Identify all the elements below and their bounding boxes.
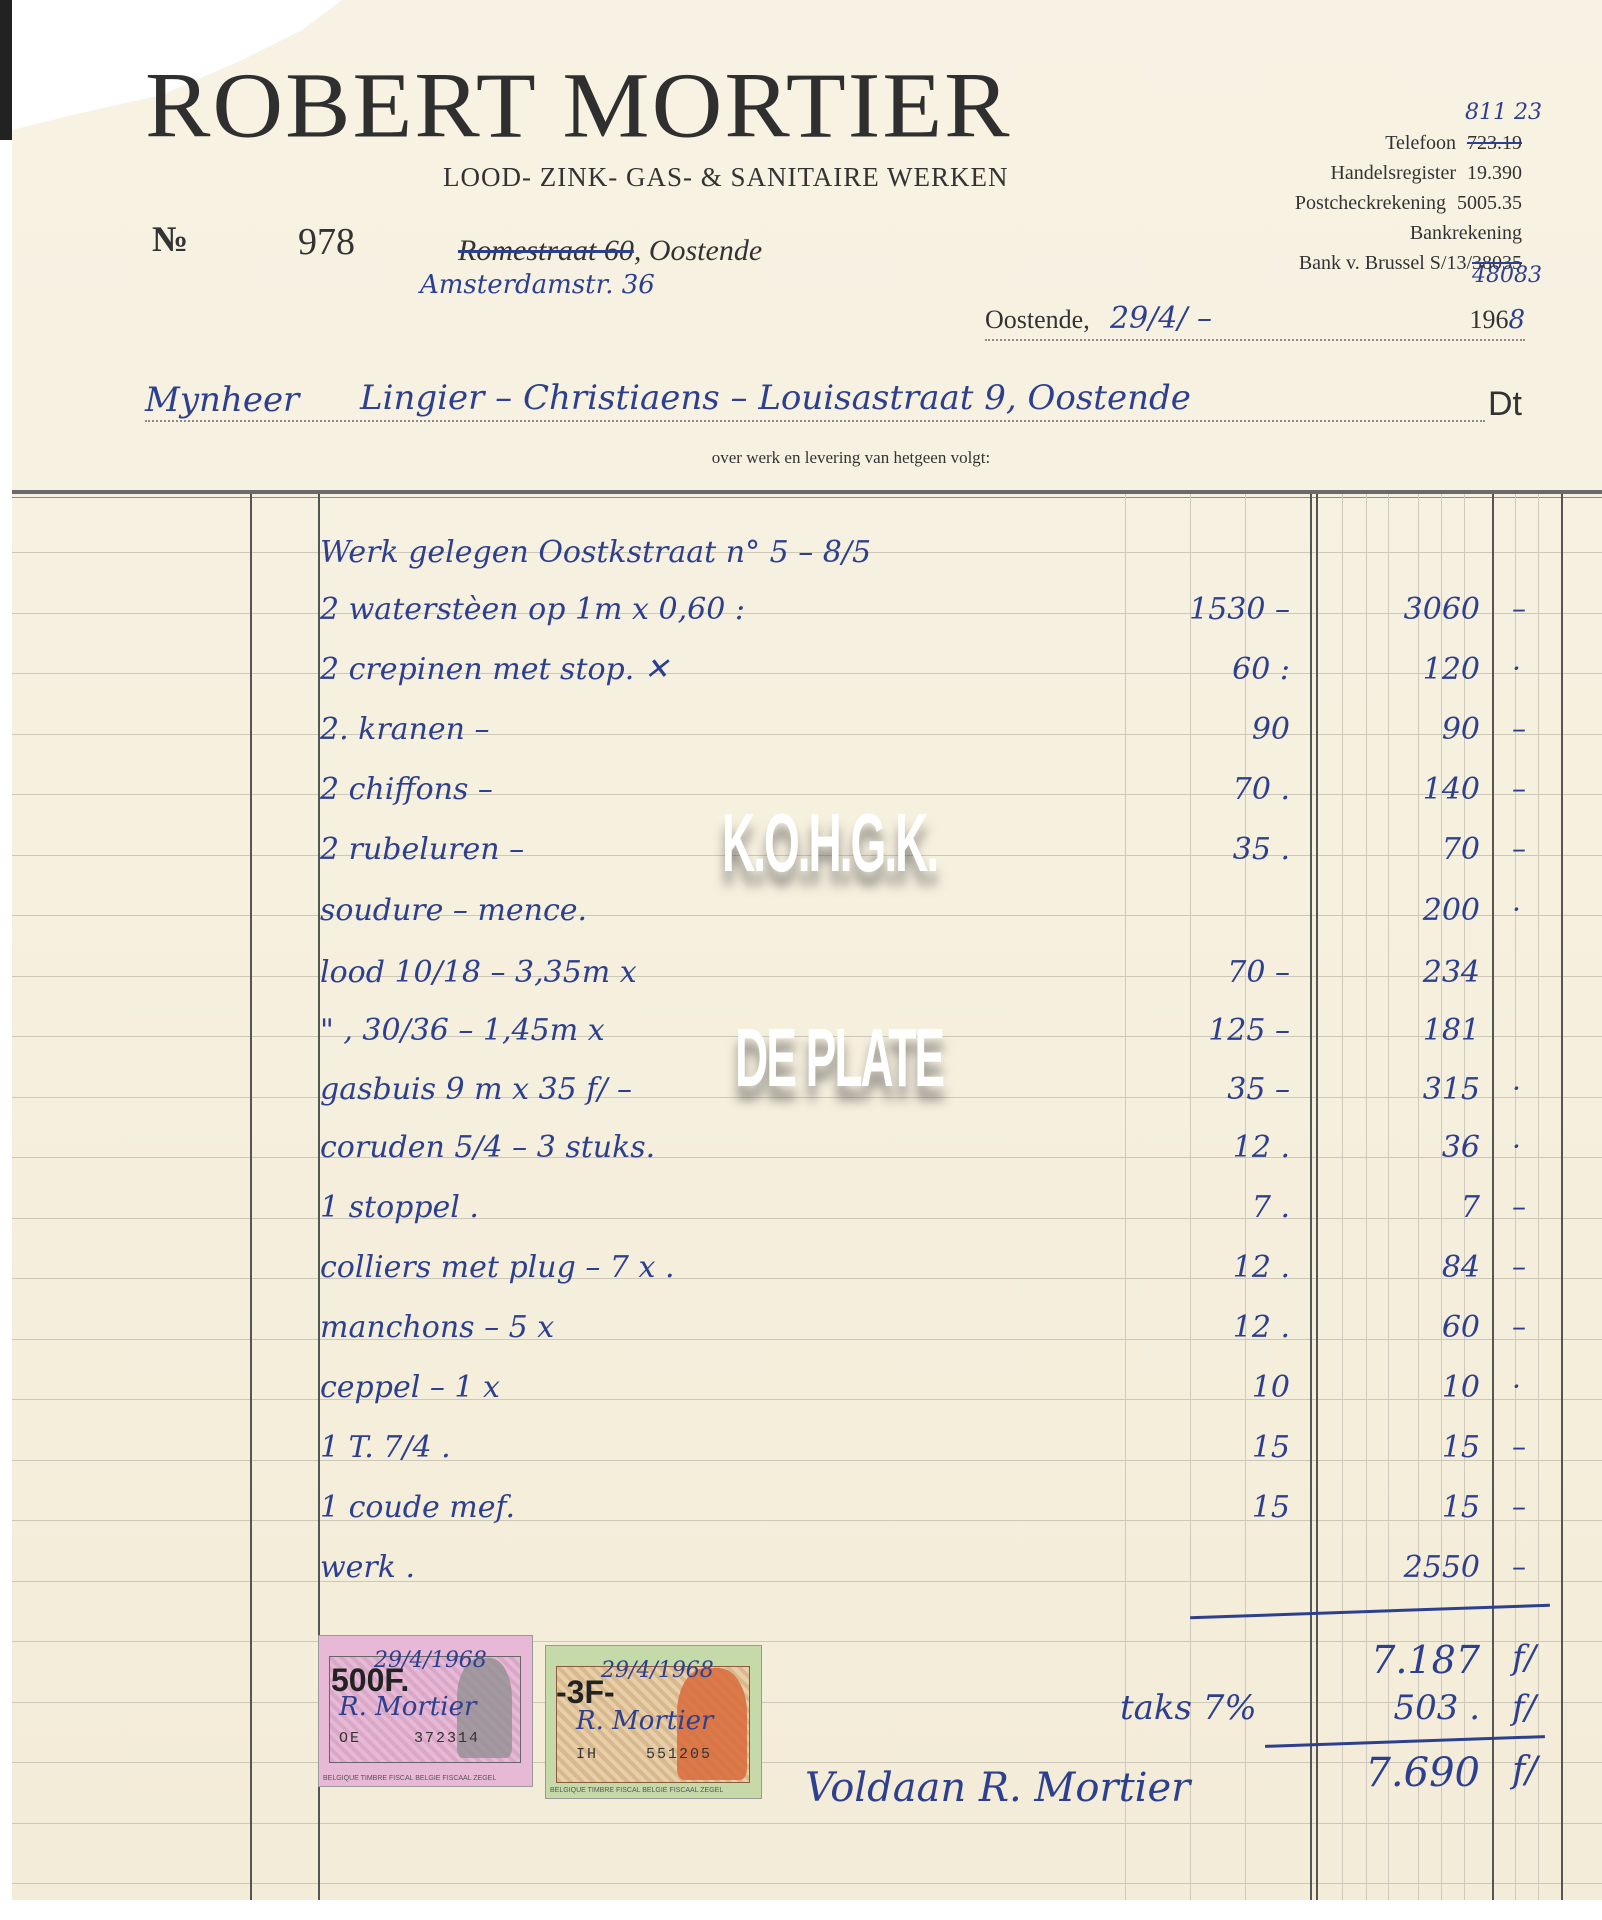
item-total: 315 [1310,1072,1480,1107]
invoice-number: 978 [298,220,355,264]
handwritten-phone: 811 23 [1465,100,1542,125]
item-description: werk . [320,1550,415,1585]
item-total: 15 [1310,1490,1480,1525]
date-value: 29/4/ – [1110,301,1212,336]
column-guide [1538,494,1539,1900]
recipient-name-address: Lingier – Christiaens – Louisastraat 9, … [360,378,1191,418]
item-unit-price: 60 : [1110,652,1290,687]
item-description: soudure – mence. [320,893,587,928]
handwritten-address: Amsterdamstr. 36 [420,270,655,300]
phone-struck: 723.19 [1467,132,1522,154]
item-total: 70 [1310,832,1480,867]
company-name: ROBERT MORTIER [145,53,1012,159]
item-unit-price: 35 . [1110,832,1290,867]
item-total: 181 [1310,1013,1480,1048]
item-unit-price: 10 [1110,1370,1290,1405]
item-mark: – [1512,592,1526,625]
postcheck-label: Postcheckrekening [1295,192,1446,214]
item-description: " , 30/36 – 1,45m x [320,1013,605,1048]
item-mark: · [1512,1370,1521,1403]
item-unit-price: 70 – [1110,955,1290,990]
date-year: 1968 [1469,305,1525,335]
bank-label: Bankrekening [1410,222,1522,244]
item-total: 7 [1310,1190,1480,1225]
date-place: Oostende, [985,305,1090,334]
column-divider [1561,494,1563,1900]
item-mark: – [1512,1190,1526,1223]
item-description: 1 T. 7/4 . [320,1430,451,1465]
stamp-cancel-date: 29/4/1968 [374,1648,487,1673]
item-mark: · [1512,1072,1521,1105]
address-city: , Oostende [634,234,762,267]
debit-label: Dt [1488,385,1522,424]
revenue-stamp-500f: 500F. OE 372314 29/4/1968 R. Mortier BEL… [318,1635,533,1787]
item-mark: – [1512,772,1526,805]
date-line: Oostende, 29/4/ – 1968 [985,305,1525,341]
item-total: 234 [1310,955,1480,990]
item-unit-price: 1530 – [1110,592,1290,627]
item-unit-price: 12 . [1110,1250,1290,1285]
torn-corner-shadow [0,0,12,140]
item-total: 10 [1310,1370,1480,1405]
column-divider [1492,494,1494,1900]
item-total: 60 [1310,1310,1480,1345]
stamp-caption: BELGIQUE TIMBRE FISCAL BELGIE FISCAAL ZE… [323,1775,528,1782]
company-tagline: LOOD- ZINK- GAS- & SANITAIRE WERKEN [443,162,1009,193]
stamp-serial: 372314 [414,1730,480,1747]
item-mark: – [1512,1430,1526,1463]
item-total: 2550 [1310,1550,1480,1585]
postcheck-value: 5005.35 [1457,192,1522,214]
bank-name: Bank v. Brussel S/13/ [1299,252,1472,274]
item-description: colliers met plug – 7 x . [320,1250,674,1285]
item-unit-price: 12 . [1110,1310,1290,1345]
grand-total: 7.690 [1310,1750,1480,1796]
tax-mark: f/ [1512,1688,1536,1728]
invoice-number-label: № [152,218,188,260]
item-mark: – [1512,1490,1526,1523]
contact-block: Telefoon 723.19 Handelsregister 19.390 P… [1289,128,1522,278]
watermark-line2: DE PLATE [735,1008,943,1105]
item-mark: – [1512,832,1526,865]
item-total: 200 [1310,893,1480,928]
item-description: gasbuis 9 m x 35 f/ – [320,1072,632,1107]
item-description: manchons – 5 x [320,1310,554,1345]
item-total: 120 [1310,652,1480,687]
item-description: 2 waterstèen op 1m x 0,60 : [320,592,745,627]
item-mark: – [1512,712,1526,745]
item-total: 15 [1310,1430,1480,1465]
stamp-serial: 551205 [646,1746,712,1763]
item-mark: · [1512,1130,1521,1163]
item-description: 2. kranen – [320,712,490,747]
salutation: Mynheer [145,380,299,420]
item-mark: – [1512,1250,1526,1283]
trade-register-row: Handelsregister 19.390 [1289,158,1522,188]
year-printed: 196 [1469,305,1508,334]
handwritten-bank-number: 48083 [1472,263,1542,288]
item-description: lood 10/18 – 3,35m x [320,955,637,990]
phone-label: Telefoon [1385,132,1456,154]
revenue-stamp-3f: -3F- IH 551205 29/4/1968 R. Mortier BELG… [545,1645,762,1799]
printed-address: Romestraat 60, Oostende [458,234,762,268]
struck-street: Romestraat 60 [458,234,634,267]
item-total: 36 [1310,1130,1480,1165]
item-unit-price: 15 [1110,1430,1290,1465]
item-unit-price: 125 – [1110,1013,1290,1048]
item-description: 2 rubeluren – [320,832,524,867]
recipient-line: Mynheer Lingier – Christiaens – Louisast… [145,380,1485,422]
item-mark: · [1512,652,1521,685]
item-mark: – [1512,1550,1526,1583]
watermark-line1: K.O.H.G.K. [722,793,937,890]
subline-text: over werk en levering van hetgeen volgt: [712,448,991,467]
item-total: 140 [1310,772,1480,807]
subline: over werk en levering van hetgeen volgt: [0,448,1602,468]
item-description: 2 chiffons – [320,772,493,807]
trade-register-label: Handelsregister [1330,162,1456,184]
stamp-series: OE [339,1730,361,1747]
item-unit-price: 90 [1110,712,1290,747]
postcheck-row: Postcheckrekening 5005.35 [1289,188,1522,218]
trade-register-value: 19.390 [1467,162,1522,184]
column-divider [250,494,252,1900]
stamp-caption: BELGIQUE TIMBRE FISCAL BELGIE FISCAAL ZE… [550,1787,757,1794]
subtotal: 7.187 [1310,1638,1480,1682]
item-unit-price: 12 . [1110,1130,1290,1165]
item-description: ceppel – 1 x [320,1370,500,1405]
item-total: 90 [1310,712,1480,747]
year-handwritten: 8 [1508,305,1525,335]
item-unit-price: 70 . [1110,772,1290,807]
work-location-note: Werk gelegen Oostkstraat n° 5 – 8/5 [320,535,871,570]
item-total: 3060 [1310,592,1480,627]
item-mark: · [1512,893,1521,926]
item-unit-price: 7 . [1110,1190,1290,1225]
tax-label: taks 7% [1120,1688,1257,1728]
item-mark: – [1512,1310,1526,1343]
subtotal-mark: f/ [1512,1638,1536,1678]
stamp-cancel-date: 29/4/1968 [601,1658,714,1683]
item-description: coruden 5/4 – 3 stuks. [320,1130,655,1165]
payment-note-signature: Voldaan R. Mortier [805,1765,1190,1811]
item-description: 1 stoppel . [320,1190,479,1225]
phone-row: Telefoon 723.19 [1289,128,1522,158]
item-unit-price: 15 [1110,1490,1290,1525]
item-total: 84 [1310,1250,1480,1285]
stamp-series: IH [576,1746,598,1763]
grand-total-mark: f/ [1512,1750,1537,1791]
item-description: 1 coude mef. [320,1490,515,1525]
tax-amount: 503 . [1310,1688,1480,1728]
stamp-cancel-signature: R. Mortier [576,1706,713,1736]
bank-label-row: Bankrekening [1289,218,1522,248]
item-unit-price: 35 – [1110,1072,1290,1107]
stamp-cancel-signature: R. Mortier [339,1692,476,1722]
item-description: 2 crepinen met stop. ✕ [320,652,669,687]
